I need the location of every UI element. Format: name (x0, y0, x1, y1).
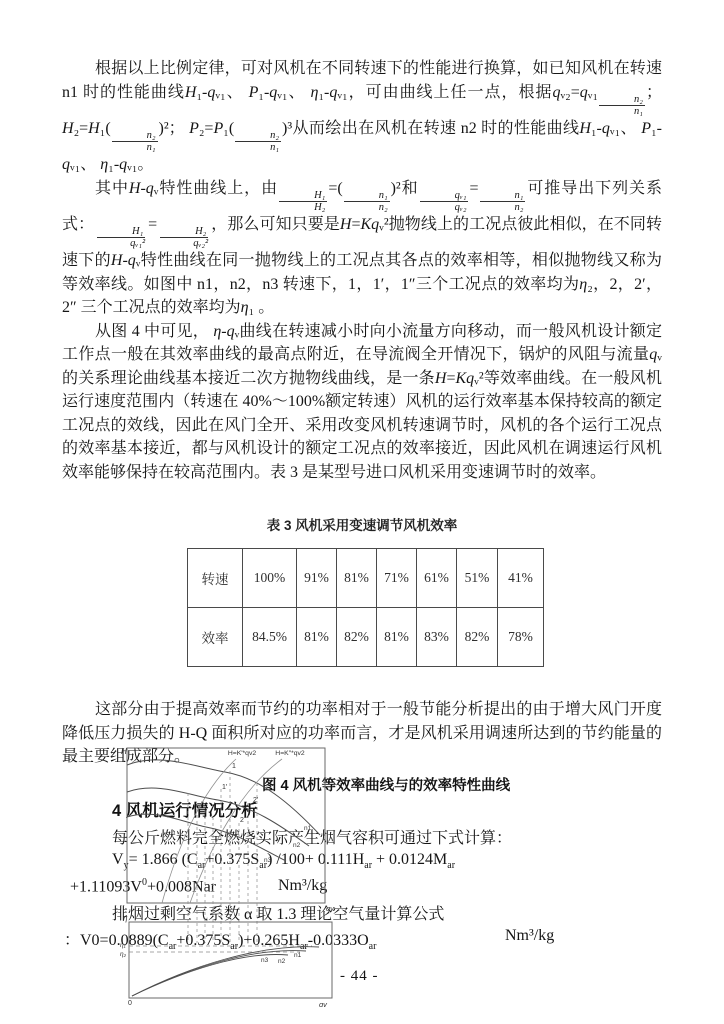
row-header-speed: 转速 (188, 549, 243, 608)
speed-cell: 71% (377, 549, 417, 608)
flue-gas-unit: Nm³/kg (278, 877, 327, 895)
section4-heading: 4 风机运行情况分析 (112, 797, 258, 821)
eta-curve-n2 (132, 951, 306, 996)
efficiency-cell: 83% (417, 608, 457, 667)
document-page: 根据以上比例定律，可对风机在不同转速下的性能进行换算，如已知风机在转速 n1 时… (0, 0, 724, 1024)
text-flow: 根据以上比例定律，可对风机在不同转速下的性能进行换算，如已知风机在转速 n1 时… (62, 57, 662, 769)
efficiency-cell: 81% (297, 608, 337, 667)
paragraph-energy-saving: 这部分由于提高效率而节约的功率相对于一般节能分析提出的由于增大风门开度降低压力损… (62, 698, 662, 769)
efficiency-cell: 81% (377, 608, 417, 667)
table-row-efficiency: 效率 84.5% 81% 82% 81% 83% 82% 78% (188, 608, 544, 667)
table3-title: 表 3 风机采用变速调节风机效率 (62, 514, 662, 534)
speed-cell: 41% (498, 549, 544, 608)
flue-gas-formula: Vy= 1.866 (Car+0.375Sar) /100+ 0.111Har … (112, 851, 455, 871)
eta-curve-n1 (132, 947, 319, 996)
point-1p-label: 1′ (222, 784, 228, 791)
efficiency-cell: 78% (498, 608, 544, 667)
speed-cell: 51% (457, 549, 498, 608)
efficiency-cell: 84.5% (243, 608, 297, 667)
paragraph-figure4-discussion: 从图 4 中可见， η-qᵥ曲线在转速减小时向小流量方向移动，而一般风机设计额定… (62, 320, 662, 485)
efficiency-cell: 82% (337, 608, 377, 667)
eta-curve-n3-label: n3 (261, 957, 269, 964)
speed-cell: 91% (297, 549, 337, 608)
paragraph-proportional-law: 根据以上比例定律，可对风机在不同转速下的性能进行换算，如已知风机在转速 n1 时… (62, 57, 662, 177)
row-header-efficiency: 效率 (188, 608, 243, 667)
excess-air-sentence: 排烟过剩空气系数 α 取 1.3 理论空气量计算公式 (112, 901, 444, 924)
speed-cell: 61% (417, 549, 457, 608)
page-number: - 44 - (340, 968, 379, 985)
paragraph-similarity-relation: 其中H-qᵥ特性曲线上，由H₁H₂=(n₁n₂)²和qᵥ₁qᵥ₂=n₁n₂可推导… (62, 177, 662, 320)
table-row-speed: 转速 100% 91% 81% 71% 61% 51% 41% (188, 549, 544, 608)
figure4-caption: 图 4 风机等效率曲线与的效率特性曲线 (262, 774, 510, 795)
speed-cell: 81% (337, 549, 377, 608)
flue-gas-formula-cont: +1.11093V0+0.008Nar (70, 877, 216, 896)
origin-label: 0 (128, 1000, 132, 1007)
flue-gas-sentence: 每公斤燃料完全燃烧实际产生烟气容积可通过下式计算： (112, 825, 512, 848)
table3-fan-efficiency: 转速 100% 91% 81% 71% 61% 51% 41% 效率 84.5%… (187, 548, 544, 667)
efficiency-cell: 82% (457, 608, 498, 667)
eta-curve-n3 (132, 955, 288, 996)
theoretical-air-unit: Nm³/kg (505, 927, 554, 945)
qv-axis-label-bottom: qv (319, 1000, 328, 1007)
eta-curve-n1-label: n1 (294, 952, 302, 959)
speed-cell: 100% (243, 549, 297, 608)
theoretical-air-formula: ：V0=0.0889(Car+0.375Sar)+0.265Har-0.0333… (64, 927, 376, 952)
eta-curve-n2-label: n2 (278, 958, 286, 965)
